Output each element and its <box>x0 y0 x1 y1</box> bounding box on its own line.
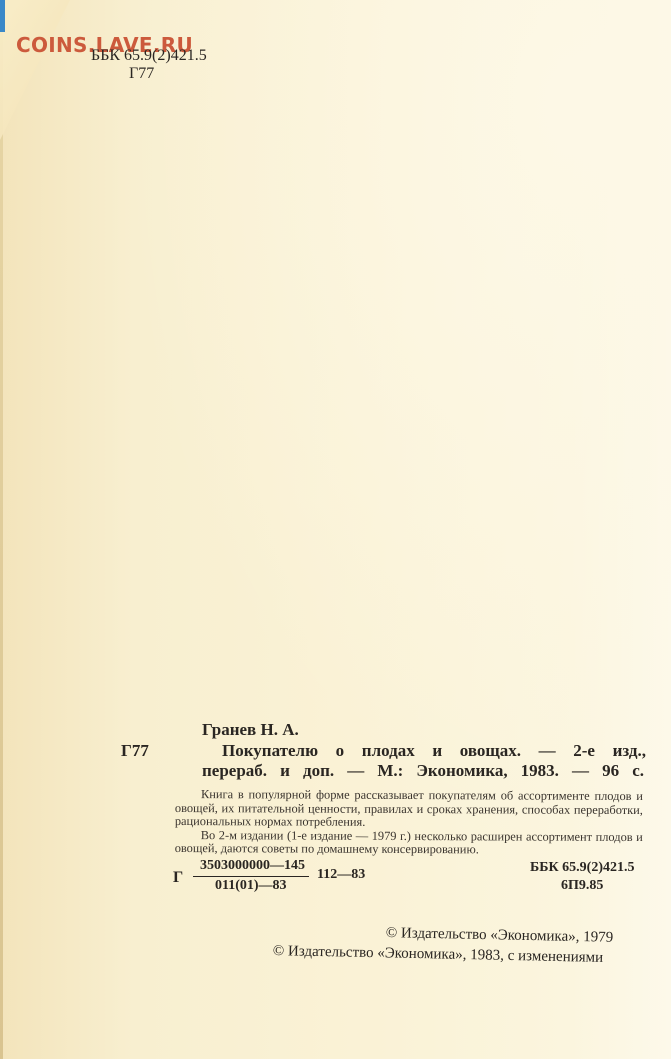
abstract: Книга в популярной форме рассказывает по… <box>175 788 643 858</box>
index-letter: Г <box>173 869 183 887</box>
header-author-code: Г77 <box>129 65 154 83</box>
title-line-2: перераб. и доп. — М.: Экономика, 1983. —… <box>202 761 644 781</box>
header-bbk: ББК 65.9(2)421.5 <box>91 47 207 65</box>
background-edge <box>0 0 5 32</box>
fraction-line <box>193 876 309 877</box>
abstract-paragraph: Во 2-м издании (1-е издание — 1979 г.) н… <box>175 829 643 858</box>
udk-code: 6П9.85 <box>530 877 635 895</box>
abstract-paragraph: Книга в популярной форме рассказывает по… <box>175 788 643 831</box>
bbk-code: ББК 65.9(2)421.5 <box>530 859 635 877</box>
book-page: COINS.LAVE.RU ББК 65.9(2)421.5 Г77 Гране… <box>0 0 671 1059</box>
classification-block: ББК 65.9(2)421.5 6П9.85 <box>530 859 635 895</box>
index-suffix: 112—83 <box>317 867 365 883</box>
index-numerator: 3503000000—145 <box>200 858 305 874</box>
copyright-1983: © Издательство «Экономика», 1983, с изме… <box>273 943 604 967</box>
page-corner-fold <box>0 0 70 140</box>
copyright-1979: © Издательство «Экономика», 1979 <box>386 925 614 947</box>
author-name: Гранев Н. А. <box>202 720 299 740</box>
title-line-1: Покупателю о плодах и овощах. — 2-е изд.… <box>222 741 646 761</box>
author-code: Г77 <box>121 741 149 761</box>
page-edge <box>0 0 3 1059</box>
index-denominator: 011(01)—83 <box>215 878 287 894</box>
